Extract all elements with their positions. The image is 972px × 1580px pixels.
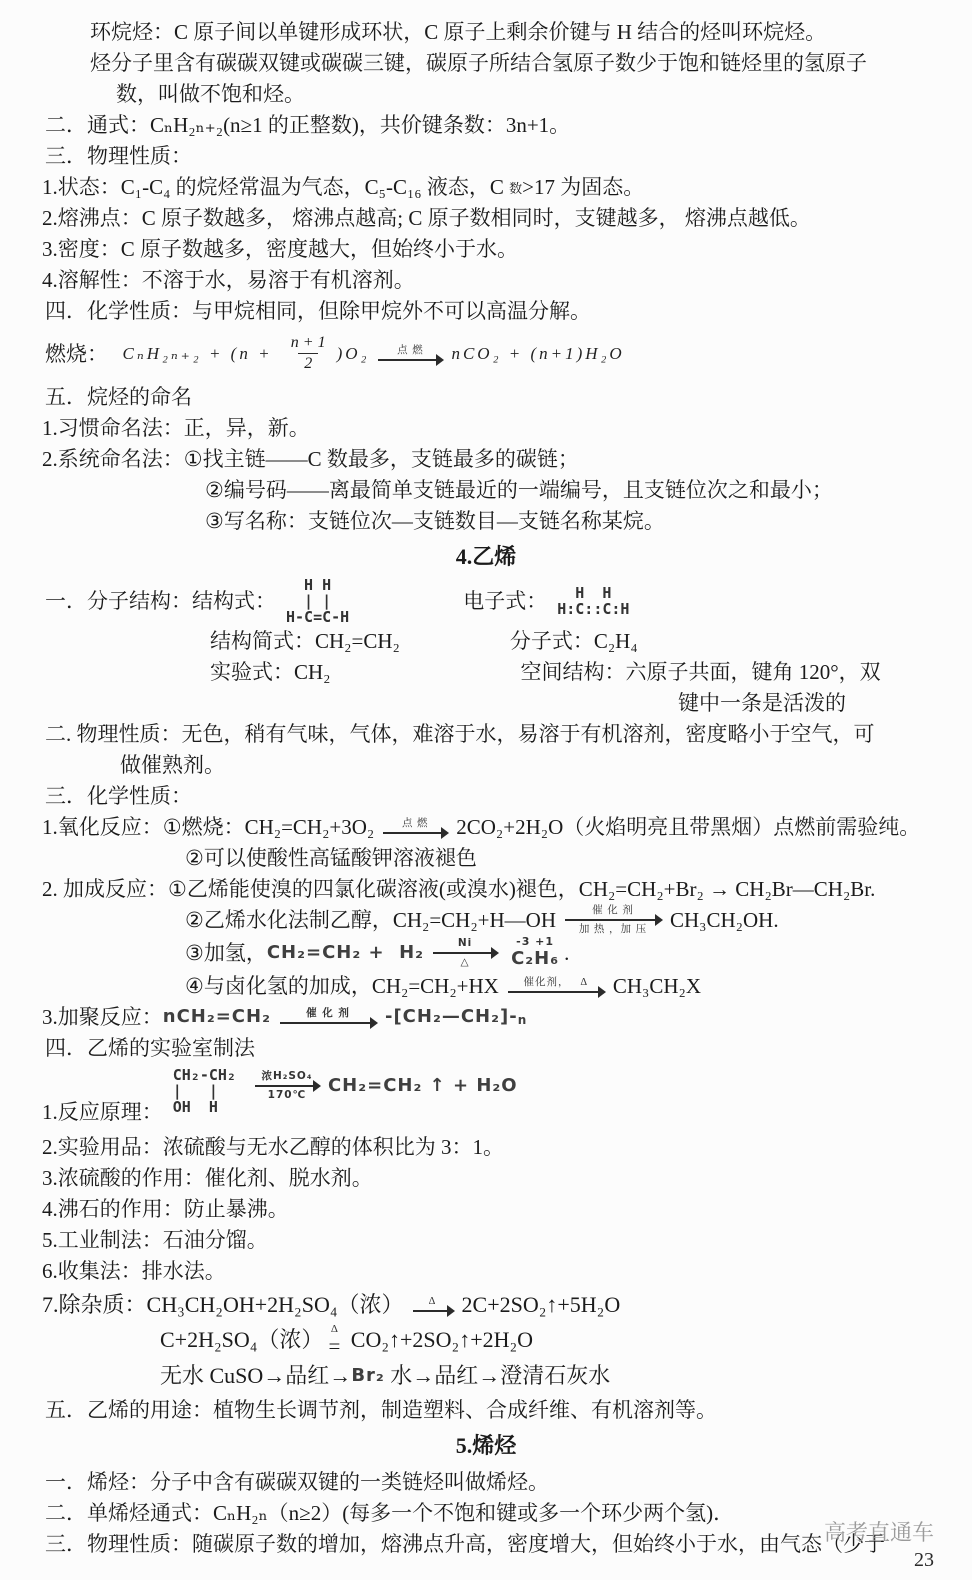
- formula-row: CH₂-CH₂: [173, 1067, 236, 1083]
- line-state: 1.状态：C₁-C₄ 的烷烃常温为气态，C₅-C₁₆ 液态，C 数>17 为固态…: [0, 171, 972, 202]
- text-span: 6.收集法：排水法。: [42, 1256, 226, 1286]
- reaction-arrow: 催化剂， Δ: [508, 976, 604, 995]
- text-span: 二. 物理性质：无色，稍有气味，气体，难溶于水，易溶于有机溶剂，密度略小于空气，…: [45, 719, 875, 749]
- text-span: 一．分子结构：结构式：: [45, 586, 276, 616]
- text-span: 5.工业制法：石油分馏。: [42, 1225, 268, 1255]
- line-lab-method-heading: 四．乙烯的实验室制法: [0, 1032, 972, 1063]
- line-solubility: 4.溶解性：不溶于水，易溶于有机溶剂。: [0, 264, 972, 295]
- text-span: 1.习惯命名法：正，异，新。: [42, 413, 310, 443]
- arrow-label-above: Δ: [429, 1295, 437, 1308]
- line-systematic-naming-1: 2.系统命名法：①找主链——C 数最多，支链最多的碳链；: [0, 443, 972, 474]
- stack-above: -3 +1: [516, 936, 554, 948]
- text-span: CO₂↑+2SO₂↑+2H₂O: [345, 1325, 533, 1355]
- text-span: 三．化学性质：: [45, 781, 192, 811]
- line-unsaturated-def-2: 数，叫做不饱和烃。: [0, 78, 972, 109]
- text-span: ②编号码——离最简单支链最近的一端编号，且支链位次之和最小；: [205, 475, 833, 505]
- arrow-label-above: 点 燃: [402, 817, 429, 830]
- line-naming-heading: 五．烷烃的命名: [0, 381, 972, 412]
- column-gap: [331, 671, 521, 672]
- formula-row: | |: [173, 1083, 218, 1099]
- line-density: 3.密度：C 原子数越多，密度越大，但始终小于水。: [0, 233, 972, 264]
- arrow-label-below: 加 热 ，加 压: [579, 923, 647, 936]
- formula-row: H:C::C:H: [557, 601, 629, 617]
- watermark: 高考直通车: [824, 1520, 934, 1546]
- document-page: 环烷烃：C 原子间以单键形成环状，C 原子上剩余价键与 H 结合的烃叫环烷烃。烃…: [0, 0, 972, 1580]
- section-heading-alkenes: 5.烯烃: [0, 1430, 972, 1461]
- line-physical-properties-heading: 三．物理性质：: [0, 140, 972, 171]
- stacked-notation: -3 +1C₂H₆: [511, 936, 559, 970]
- text-span: CH₂=CH₂ + H₂: [267, 938, 424, 968]
- line-general-formula: 二．通式：CₙH₂ₙ₊₂(n≥1 的正整数)，共价键条数：3n+1。: [0, 109, 972, 140]
- text-span: CH₃CH₂X: [613, 971, 701, 1001]
- text-span: 做催熟剂。: [120, 750, 225, 780]
- line-addition-hydration: ②乙烯水化法制乙醇，CH₂=CH₂+H—OH催 化 剂加 热 ，加 压CH₃CH…: [0, 904, 972, 936]
- stack-main: C₂H₆: [511, 948, 559, 970]
- text-span: 2C+2SO₂↑+5H₂O: [462, 1290, 621, 1320]
- text-span: 3.浓硫酸的作用：催化剂、脱水剂。: [42, 1163, 373, 1193]
- text-span: 烃分子里含有碳碳双键或碳碳三键，碳原子所结合氢原子数少于饱和链烃里的氢原子: [90, 48, 867, 78]
- text-span: ③写名称：支链位次—支链数目—支链名称某烷。: [205, 506, 665, 536]
- text-span: 五．烷烃的命名: [45, 382, 192, 412]
- text-span: 水→品红→澄清石灰水: [385, 1361, 611, 1391]
- fraction: n + 12: [285, 333, 332, 374]
- text-span: 2.熔沸点：C 原子数越多， 熔沸点越高; C 原子数相同时，支键越多， 熔沸点…: [42, 203, 811, 233]
- text-span: 四．化学性质：与甲烷相同，但除甲烷外不可以高温分解。: [45, 296, 591, 326]
- text-span: CₙH₂ₙ₊₂ + (n +: [108, 339, 280, 369]
- text-span: nCH₂=CH₂: [163, 1002, 271, 1032]
- line-oxidation-combustion: 1.氧化反应：①燃烧：CH₂=CH₂+3O₂点 燃2CO₂+2H₂O（火焰明亮且…: [0, 811, 972, 842]
- text-span: 四．乙烯的实验室制法: [45, 1033, 255, 1063]
- line-h2so4-role: 3.浓硫酸的作用：催化剂、脱水剂。: [0, 1162, 972, 1193]
- line-addition-polymerization: 3.加聚反应：nCH₂=CH₂催 化 剂-[CH₂—CH₂]-n: [0, 1001, 972, 1032]
- text-span: 1.氧化反应：①燃烧：CH₂=CH₂+3O₂: [42, 812, 374, 842]
- line-collection-method: 6.收集法：排水法。: [0, 1255, 972, 1286]
- text-span: 7.除杂质：: [42, 1290, 147, 1320]
- structural-formula: H HH:C::C:H: [557, 585, 629, 617]
- text-span: 4.乙烯: [456, 542, 517, 572]
- reaction-arrow: 催 化 剂: [280, 1007, 376, 1026]
- line-chemical-properties: 四．化学性质：与甲烷相同，但除甲烷外不可以高温分解。: [0, 295, 972, 326]
- text-span: 2. 加成反应：①乙烯能使溴的四氯化碳溶液(或溴水)褪色，CH₂=CH₂+Br₂…: [42, 874, 875, 904]
- line-lab-supplies: 2.实验用品：浓硫酸与无水乙醇的体积比为 3：1。: [0, 1131, 972, 1162]
- line-impurity-removal-3: 无水 CuSO→品红→Br₂ 水→品红→澄清石灰水: [0, 1360, 972, 1391]
- column-gap: [359, 601, 463, 602]
- text-span: 二．单烯烃通式：CₙH₂ₙ（n≥2）(每多一个不饱和键或多一个环少两个氢)．: [45, 1498, 734, 1528]
- line-ethylene-physical-2: 做催熟剂。: [0, 749, 972, 780]
- line-ethylene-chemical-heading: 三．化学性质：: [0, 780, 972, 811]
- arrow-shaft-icon: [413, 1310, 453, 1312]
- structural-formula: H H | |H-C=C-H: [286, 577, 349, 625]
- text-span: 5.烯烃: [456, 1431, 517, 1461]
- line-ethylene-physical-1: 二. 物理性质：无色，稍有气味，气体，难溶于水，易溶于有机溶剂，密度略小于空气，…: [0, 718, 972, 749]
- arrow-shaft-icon: [280, 1022, 376, 1024]
- reaction-arrow: 点 燃: [378, 344, 442, 363]
- text-span: 2.系统命名法：①找主链——C 数最多，支链最多的碳链；: [42, 444, 579, 474]
- text-span: 2CO₂+2H₂O（火焰明亮且带黑烟）点燃前需验纯。: [456, 812, 920, 842]
- formula-row: OH H: [173, 1099, 218, 1115]
- stacked-notation: Δ=: [328, 1323, 340, 1357]
- text-span: 2.实验用品：浓硫酸与无水乙醇的体积比为 3：1。: [42, 1132, 504, 1162]
- subscript-text: n: [518, 1013, 528, 1032]
- line-oxidation-kmno4: ②可以使酸性高锰酸钾溶液褪色: [0, 842, 972, 873]
- arrow-label-above: 催 化 剂: [306, 1007, 350, 1020]
- text-span: .: [564, 938, 569, 968]
- text-span: -[CH₂—CH₂]-: [385, 1002, 518, 1032]
- formula-row: H H: [286, 577, 331, 593]
- line-unsaturated-def-1: 烃分子里含有碳碳双键或碳碳三键，碳原子所结合氢原子数少于饱和链烃里的氢原子: [0, 47, 972, 78]
- arrow-label-above: 浓H₂SO₄: [261, 1070, 312, 1083]
- text-span: 二．通式：CₙH₂ₙ₊₂(n≥1 的正整数)，共价键条数：3n+1。: [45, 110, 570, 140]
- line-systematic-naming-2: ②编号码——离最简单支链最近的一端编号，且支链位次之和最小；: [0, 474, 972, 505]
- footer: 高考直通车 23: [824, 1520, 934, 1572]
- text-span: 4.溶解性：不溶于水，易溶于有机溶剂。: [42, 265, 415, 295]
- text-span: 无水 CuSO→品红→: [160, 1361, 351, 1391]
- reaction-arrow: 点 燃: [383, 817, 447, 836]
- reaction-arrow: 催 化 剂加 热 ，加 压: [565, 904, 661, 936]
- reaction-arrow: 浓H₂SO₄170℃: [255, 1070, 319, 1102]
- text-span: 4.沸石的作用：防止暴沸。: [42, 1194, 289, 1224]
- text-span: ②乙烯水化法制乙醇，CH₂=CH₂+H—OH: [185, 905, 556, 935]
- text-span: nCO₂ + (n+1)H₂O: [451, 339, 624, 369]
- line-molecular-structure: 一．分子结构：结构式： H H | |H-C=C-H电子式： H HH:C::C…: [0, 577, 972, 625]
- text-span: 结构简式：CH₂=CH₂: [210, 626, 400, 656]
- column-gap: [400, 640, 510, 641]
- text-span: >17 为固态。: [522, 172, 644, 202]
- arrow-label-below: △: [461, 956, 470, 969]
- text-span: 实验式：CH₂: [210, 657, 331, 687]
- page-number: 23: [824, 1548, 934, 1572]
- text-span: 3.加聚反应：: [42, 1002, 163, 1032]
- line-alkene-definition: 一．烯烃：分子中含有碳碳双键的一类链烃叫做烯烃。: [0, 1466, 972, 1497]
- fraction-denominator: 2: [298, 353, 318, 374]
- text-span: 燃烧：: [45, 339, 108, 369]
- arrow-shaft-icon: [255, 1085, 319, 1087]
- text-span: 五．乙烯的用途：植物生长调节剂，制造塑料、合成纤维、有机溶剂等。: [45, 1395, 717, 1425]
- subscript-text: 数: [509, 178, 522, 202]
- line-ethylene-uses: 五．乙烯的用途：植物生长调节剂，制造塑料、合成纤维、有机溶剂等。: [0, 1394, 972, 1425]
- arrow-label-above: 催化剂， Δ: [524, 976, 589, 989]
- arrow-label-above: 点 燃: [397, 344, 424, 357]
- arrow-shaft-icon: [378, 359, 442, 361]
- text-span: 数，叫做不饱和烃。: [116, 79, 305, 109]
- text-span: 键中一条是活泼的: [678, 688, 846, 718]
- line-cycloalkane-definition: 环烷烃：C 原子间以单键形成环状，C 原子上剩余价键与 H 结合的烃叫环烷烃。: [0, 16, 972, 47]
- text-span: CH₃CH₂OH.: [670, 905, 779, 935]
- text-span: ②可以使酸性高锰酸钾溶液褪色: [185, 843, 477, 873]
- text-span: 3.密度：C 原子数越多，密度越大，但始终小于水。: [42, 234, 518, 264]
- text-span: 1.状态：C₁-C₄ 的烷烃常温为气态，C₅-C₁₆ 液态，C: [42, 172, 509, 202]
- stack-main: =: [328, 1335, 340, 1357]
- text-span: CH₂=CH₂ ↑ + H₂O: [328, 1067, 518, 1101]
- reaction-arrow: Ni△: [433, 937, 497, 969]
- fraction-numerator: n + 1: [285, 333, 332, 353]
- text-span: 三．物理性质：: [45, 141, 192, 171]
- line-empirical-formula: 实验式：CH₂空间结构：六原子共面，键角 120°，双: [0, 656, 972, 687]
- arrow-label-above: 催 化 剂: [592, 904, 634, 917]
- text-span: 空间结构：六原子共面，键角 120°，双: [521, 657, 881, 687]
- text-span: Br₂: [351, 1361, 384, 1391]
- text-span: ④与卤化氢的加成，CH₂=CH₂+HX: [185, 971, 499, 1001]
- text-span: 分子式：C₂H₄: [510, 626, 638, 656]
- line-impurity-removal-1: 7.除杂质：CH₃CH₂OH+2H₂SO₄（浓）Δ2C+2SO₂↑+5H₂O: [0, 1289, 972, 1320]
- arrow-label-below: 170℃: [268, 1089, 307, 1102]
- line-systematic-naming-3: ③写名称：支链位次—支链数目—支链名称某烷。: [0, 505, 972, 536]
- arrow-shaft-icon: [565, 919, 661, 921]
- line-habitual-naming: 1.习惯命名法：正，异，新。: [0, 412, 972, 443]
- formula-row: | |: [286, 593, 331, 609]
- arrow-label-above: Ni: [458, 937, 472, 950]
- line-spatial-structure-cont: 键中一条是活泼的: [0, 687, 972, 718]
- text-span: C+2H₂SO₄（浓）: [160, 1325, 323, 1355]
- reaction-arrow: Δ: [413, 1295, 453, 1314]
- line-melting-boiling: 2.熔沸点：C 原子数越多， 熔沸点越高; C 原子数相同时，支键越多， 熔沸点…: [0, 202, 972, 233]
- line-boiling-stone: 4.沸石的作用：防止暴沸。: [0, 1193, 972, 1224]
- line-condensed-formula: 结构简式：CH₂=CH₂分子式：C₂H₄: [0, 625, 972, 656]
- line-combustion-equation: 燃烧： CₙH₂ₙ₊₂ + (n + n + 12)O₂点 燃nCO₂ + (n…: [0, 333, 972, 374]
- formula-row: H-C=C-H: [286, 609, 349, 625]
- text-span: 电子式：: [463, 586, 547, 616]
- line-addition-hx: ④与卤化氢的加成，CH₂=CH₂+HX催化剂， ΔCH₃CH₂X: [0, 970, 972, 1001]
- line-addition-br2: 2. 加成反应：①乙烯能使溴的四氯化碳溶液(或溴水)褪色，CH₂=CH₂+Br₂…: [0, 873, 972, 904]
- line-industrial-method: 5.工业制法：石油分馏。: [0, 1224, 972, 1255]
- text-span: CH₃CH₂OH+2H₂SO₄（浓）: [147, 1290, 404, 1320]
- text-span: 环烷烃：C 原子间以单键形成环状，C 原子上剩余价键与 H 结合的烃叫环烷烃。: [90, 17, 826, 47]
- document-body: 环烷烃：C 原子间以单键形成环状，C 原子上剩余价键与 H 结合的烃叫环烷烃。烃…: [0, 16, 972, 1559]
- arrow-shaft-icon: [383, 832, 447, 834]
- formula-row: H H: [557, 585, 611, 601]
- structural-formula: CH₂-CH₂| |OH H: [173, 1067, 236, 1115]
- section-heading-ethylene: 4.乙烯: [0, 541, 972, 572]
- text-span: 三．物理性质：随碳原子数的增加，熔沸点升高，密度增大，但始终小于水，由气态（少于: [45, 1529, 885, 1559]
- line-lab-preparation: 1.反应原理：CH₂-CH₂| |OH H浓H₂SO₄170℃CH₂=CH₂ ↑…: [0, 1067, 972, 1127]
- text-span: ③加氢，: [185, 938, 267, 968]
- text-span: 1.反应原理：: [42, 1067, 163, 1127]
- text-span: 一．烯烃：分子中含有碳碳双键的一类链烃叫做烯烃。: [45, 1467, 549, 1497]
- line-addition-hydrogenation: ③加氢，CH₂=CH₂ + H₂Ni△-3 +1C₂H₆.: [0, 936, 972, 970]
- arrow-shaft-icon: [508, 991, 604, 993]
- line-impurity-removal-2: C+2H₂SO₄（浓）Δ= CO₂↑+2SO₂↑+2H₂O: [0, 1323, 972, 1357]
- text-span: )O₂: [337, 339, 370, 369]
- arrow-shaft-icon: [433, 952, 497, 954]
